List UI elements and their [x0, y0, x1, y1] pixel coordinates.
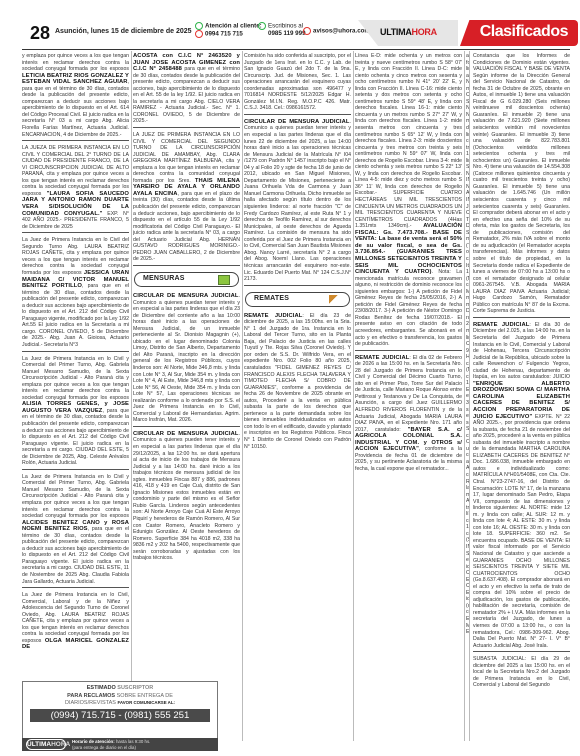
legal-notice: REMATE JUDICIAL: El día 02 de Febrero de… — [355, 353, 462, 475]
column-4: Línea E-D: mide ochenta y un metros con … — [355, 51, 462, 741]
map-icon — [218, 275, 230, 285]
subscriber-phones: (0994) 715.715 - (0981) 555 251 — [30, 709, 210, 722]
legal-notice: LA JUEZ DE PRIMERA INSTANCIA EN LO CIVIL… — [133, 130, 240, 266]
subscriber-notice: ESTIMADO SUSCRIPTOR PARA RECLAMOS SOBRE … — [22, 681, 218, 739]
subscriber-footer: ULTIMAHORA Horario de atención: hasta la… — [22, 738, 218, 751]
page-number: 28 — [30, 23, 50, 44]
whatsapp-icon — [195, 22, 203, 30]
phone-icon — [195, 30, 203, 38]
gavel-icon — [329, 295, 341, 305]
section-banner-remates: REMATES — [245, 292, 350, 307]
column-divider — [464, 51, 465, 741]
ultimahora-logo: ULTIMAHORA — [380, 27, 437, 37]
legal-notice: CIRCULAR DE MENSURA JUDICIAL. Comunico a… — [133, 291, 240, 427]
page-header: 28 Asunción, lunes 15 de diciembre de 20… — [0, 18, 580, 48]
header-divider — [22, 49, 570, 50]
legal-notice: REMATE JUDICIAL: El día 23 de diciembre … — [244, 311, 351, 452]
legal-notice: La Juez de Primera Instancia en lo Civil… — [22, 590, 129, 653]
column-divider — [353, 51, 354, 741]
section-tab: Clasificados — [460, 20, 578, 46]
section-banner-mensuras: MENSURAS — [134, 272, 239, 287]
column-3: Comisión ha sido conferida al suscripto,… — [244, 51, 351, 741]
legal-notice: LA JUEZA DE PRIMERA INSTANCIA EN LO CIVI… — [22, 143, 129, 233]
legal-notice: La Juez de Primera Instancia en lo Civil… — [22, 235, 129, 351]
legal-notice: SUBASTA JUDICIAL: El día 29 de diciembre… — [473, 654, 570, 691]
column-divider — [131, 51, 132, 741]
legal-notice: ACOSTA con C.I.C N° 2463520 y JUAN JOSE … — [133, 51, 240, 128]
column-6: Constancia que los Informes de Condicion… — [469, 51, 570, 741]
legal-notice: y emplaza por quince veces a los que ten… — [22, 51, 129, 141]
legal-notice: REMATE JUDICIAL: El día 30 de Diciembre … — [473, 320, 570, 652]
legal-notice: Línea E-D: mide ochenta y un metros con … — [355, 51, 462, 351]
legal-notice: La Juez de Primera Instancia en lo Civil… — [22, 354, 129, 470]
legal-notice: CIRCULAR DE MENSURA JUDICIAL. Comunico a… — [244, 117, 351, 286]
customer-service-contact: Atención al cliente: 0994 715 715 — [195, 22, 262, 38]
section-title: Clasificados — [480, 23, 568, 41]
service-hours: Horario de atención: hasta las 9:30 hs. … — [72, 739, 150, 750]
legal-notice: Constancia que los Informes de Condicion… — [473, 51, 570, 318]
column-divider — [242, 51, 243, 741]
whatsapp-contact: Escribinos al 0985 119 999 — [258, 22, 306, 37]
ultimahora-badge: ULTIMAHORA — [26, 739, 66, 750]
email-icon — [303, 27, 311, 35]
column-1: y emplaza por quince veces a los que ten… — [22, 51, 129, 741]
page-date: Asunción, lunes 15 de diciembre de 2025 — [55, 28, 192, 35]
column-2: ACOSTA con C.I.C N° 2463520 y JUAN JOSE … — [133, 51, 240, 741]
legal-notice: Comisión ha sido conferida al suscripto,… — [244, 51, 351, 115]
legal-notice: CIRCULAR DE MENSURA JUDICIAL. Comunico a… — [133, 429, 240, 564]
legal-notice: La Juez de Primera Instancia en lo Civil… — [22, 472, 129, 588]
whatsapp-icon — [258, 22, 266, 30]
